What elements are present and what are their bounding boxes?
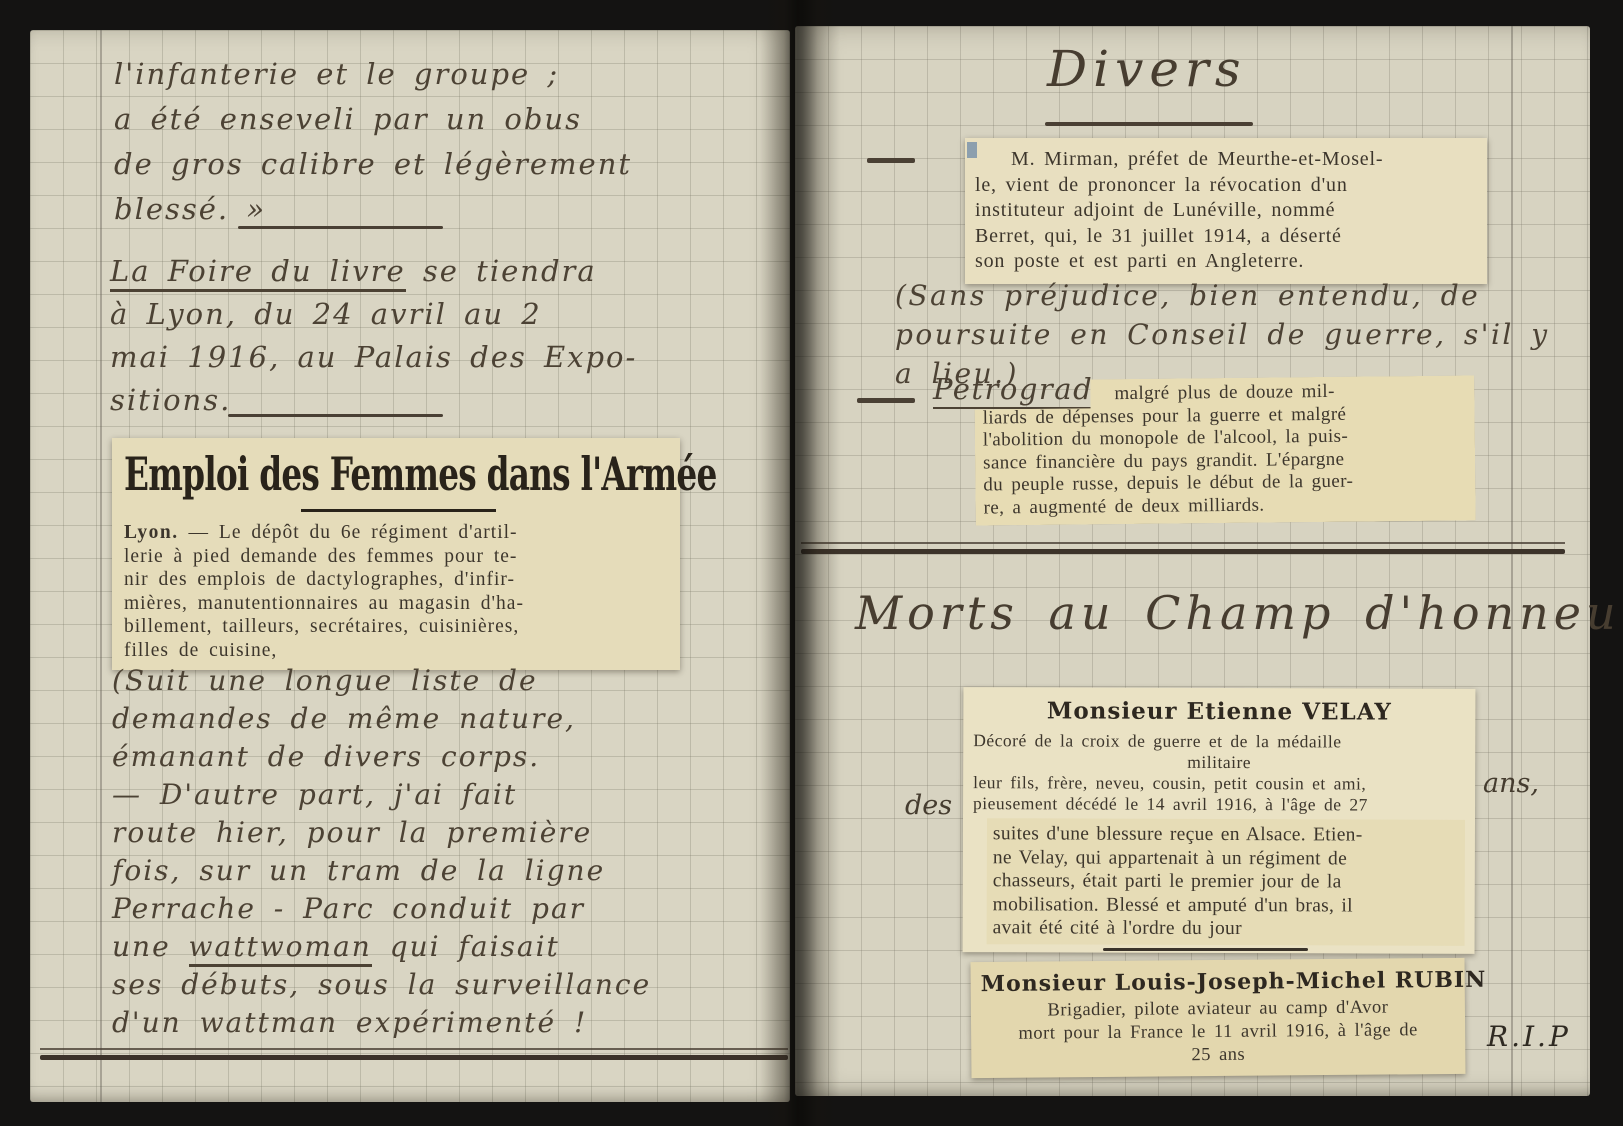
newsprint-line: mobilisation. Blessé et amputé d'un bras… [993,893,1459,918]
clipping-separator-rule [1103,948,1308,951]
right-page-margin-line [1511,26,1513,1096]
page-bottom-double-rule [40,1048,788,1060]
handwritten-line: d'un wattman expérimenté ! [112,1004,651,1042]
newsprint-line: pieusement décédé le 14 avril 1916, à l'… [973,793,1465,816]
newsprint-line: son poste et est parti en Angleterre. [975,249,1477,275]
rule-thick [801,549,1565,554]
section-double-rule [801,542,1565,554]
handwritten-text: qui faisait [372,930,560,963]
newsprint-line: militaire [973,751,1465,774]
newsprint-line: filles de cuisine, [124,639,672,663]
handwritten-paragraph-infanterie: l'infanterie et le groupe ; a été enseve… [114,52,632,232]
clipping-mirman: M. Mirman, préfet de Meurthe-et-Mosel- l… [965,138,1487,284]
handwritten-line: Perrache - Parc conduit par [112,890,651,928]
handwritten-line: La Foire du livre se tiendra [110,250,637,293]
handwritten-line: a été enseveli par un obus [114,97,632,142]
clipping-obituary-title: Monsieur Etienne VELAY [973,697,1465,726]
handwritten-dash [867,158,915,163]
handwritten-divider-rule [228,414,443,417]
underlined-handwriting: La Foire du livre [110,254,406,292]
rule-thick [40,1055,788,1060]
handwritten-line: (Sans préjudice, bien entendu, de [895,276,1550,315]
clipping-body: Décoré de la croix de guerre et de la mé… [973,730,1465,816]
left-page-margin-line [100,30,102,1102]
clipping-headline: Emploi des Femmes dans l'Armée [124,448,551,501]
handwritten-text: une [112,930,189,963]
margin-note-des: des [905,790,952,821]
diary-page-left: l'infanterie et le groupe ; a été enseve… [30,30,790,1102]
scanned-diary-spread: l'infanterie et le groupe ; a été enseve… [0,0,1623,1126]
newsprint-line: Décoré de la croix de guerre et de la mé… [973,730,1465,753]
section-heading-divers: Divers [1047,40,1246,98]
newsprint-line: Lyon. — Le dépôt du 6e régiment d'artil- [124,521,672,545]
handwritten-line: de gros calibre et légèrement [114,142,632,187]
newsprint-line: re, a augmenté de deux milliards. [983,492,1467,520]
newsprint-line: nir des emplois de dactylographes, d'inf… [124,568,672,592]
clipping-body: Lyon. — Le dépôt du 6e régiment d'artil-… [124,521,672,662]
clipping-body-second-piece: suites d'une blessure reçue en Alsace. E… [987,818,1465,945]
handwritten-paragraph-foire: La Foire du livre se tiendra à Lyon, du … [110,250,637,422]
clipping-obituary-title: Monsieur Louis-Joseph-Michel RUBIN [981,967,1455,997]
newsprint-line: chasseurs, était parti le premier jour d… [993,869,1459,894]
rule-thin [801,542,1565,544]
handwritten-line: mai 1916, au Palais des Expo- [110,336,637,379]
handwritten-line: demandes de même nature, [112,700,651,738]
handwritten-line: l'infanterie et le groupe ; [114,52,632,97]
newsprint-bold-lead: Lyon. [124,522,179,543]
blue-pencil-mark [967,142,977,158]
newsprint-line: lerie à pied demande des femmes pour te- [124,545,672,569]
newsprint-line: mières, manutentionnaires au magasin d'h… [124,592,672,616]
diary-page-right: Divers M. Mirman, préfet de Meurthe-et-M… [795,26,1590,1096]
handwritten-line: — D'autre part, j'ai fait [112,776,651,814]
clipping-body: Brigadier, pilote aviateur au camp d'Avo… [981,996,1456,1069]
handwritten-line: à Lyon, du 24 avril au 2 [110,293,637,336]
newsprint-line: instituteur adjoint de Lunéville, nommé [975,198,1477,224]
handwritten-divider-rule [238,226,443,229]
handwritten-line: (Suit une longue liste de [112,662,651,700]
handwritten-petrograd-label: Petrograd.- [933,372,1115,406]
handwritten-paragraph-suit: (Suit une longue liste de demandes de mê… [112,662,651,1042]
clipping-velay: Monsieur Etienne VELAY Décoré de la croi… [963,687,1476,953]
clipping-headline-rule [301,509,496,512]
handwritten-text: se tiendra [406,254,597,288]
handwritten-line: fois, sur un tram de la ligne [112,852,651,890]
handwritten-dash [857,398,915,403]
handwritten-line: ses débuts, sous la surveillance [112,966,651,1004]
newsprint-line: Berret, qui, le 31 juillet 1914, a déser… [975,224,1477,250]
clipping-rubin: Monsieur Louis-Joseph-Michel RUBIN Briga… [971,958,1466,1078]
newsprint-line: billement, tailleurs, secrétaires, cuisi… [124,615,672,639]
rule-thin [40,1048,788,1050]
newsprint-line: suites d'une blessure reçue en Alsace. E… [993,822,1459,847]
underlined-handwriting: wattwoman [189,930,372,967]
clipping-emploi-des-femmes: Emploi des Femmes dans l'Armée Lyon. — L… [112,438,680,670]
newsprint-line: M. Mirman, préfet de Meurthe-et-Mosel- [975,147,1477,173]
newsprint-line: mort pour la France le 11 avril 1916, à … [981,1019,1455,1046]
heading-underline [1045,122,1253,126]
handwritten-line: émanant de divers corps. [112,738,651,776]
rip-inscription: R.I.P [1487,1020,1571,1053]
newsprint-line: 25 ans [981,1042,1455,1069]
newsprint-line: le, vient de prononcer la révocation d'u… [975,173,1477,199]
underlined-handwriting: Petrograd.- [933,372,1115,409]
section-heading-morts: Morts au Champ d'honneur [855,586,1623,640]
newsprint-line: ne Velay, qui appartenait à un régiment … [993,846,1459,871]
handwritten-line: route hier, pour la première [112,814,651,852]
handwritten-line: une wattwoman qui faisait [112,928,651,966]
newsprint-line: avait été cité à l'ordre du jour [993,916,1459,941]
margin-note-ans: ans, [1483,768,1539,799]
handwritten-line: poursuite en Conseil de guerre, s'il y [895,315,1550,354]
newsprint-text: — Le dépôt du 6e régiment d'artil- [179,522,518,543]
newsprint-line: leur fils, frère, neveu, cousin, petit c… [973,772,1465,795]
